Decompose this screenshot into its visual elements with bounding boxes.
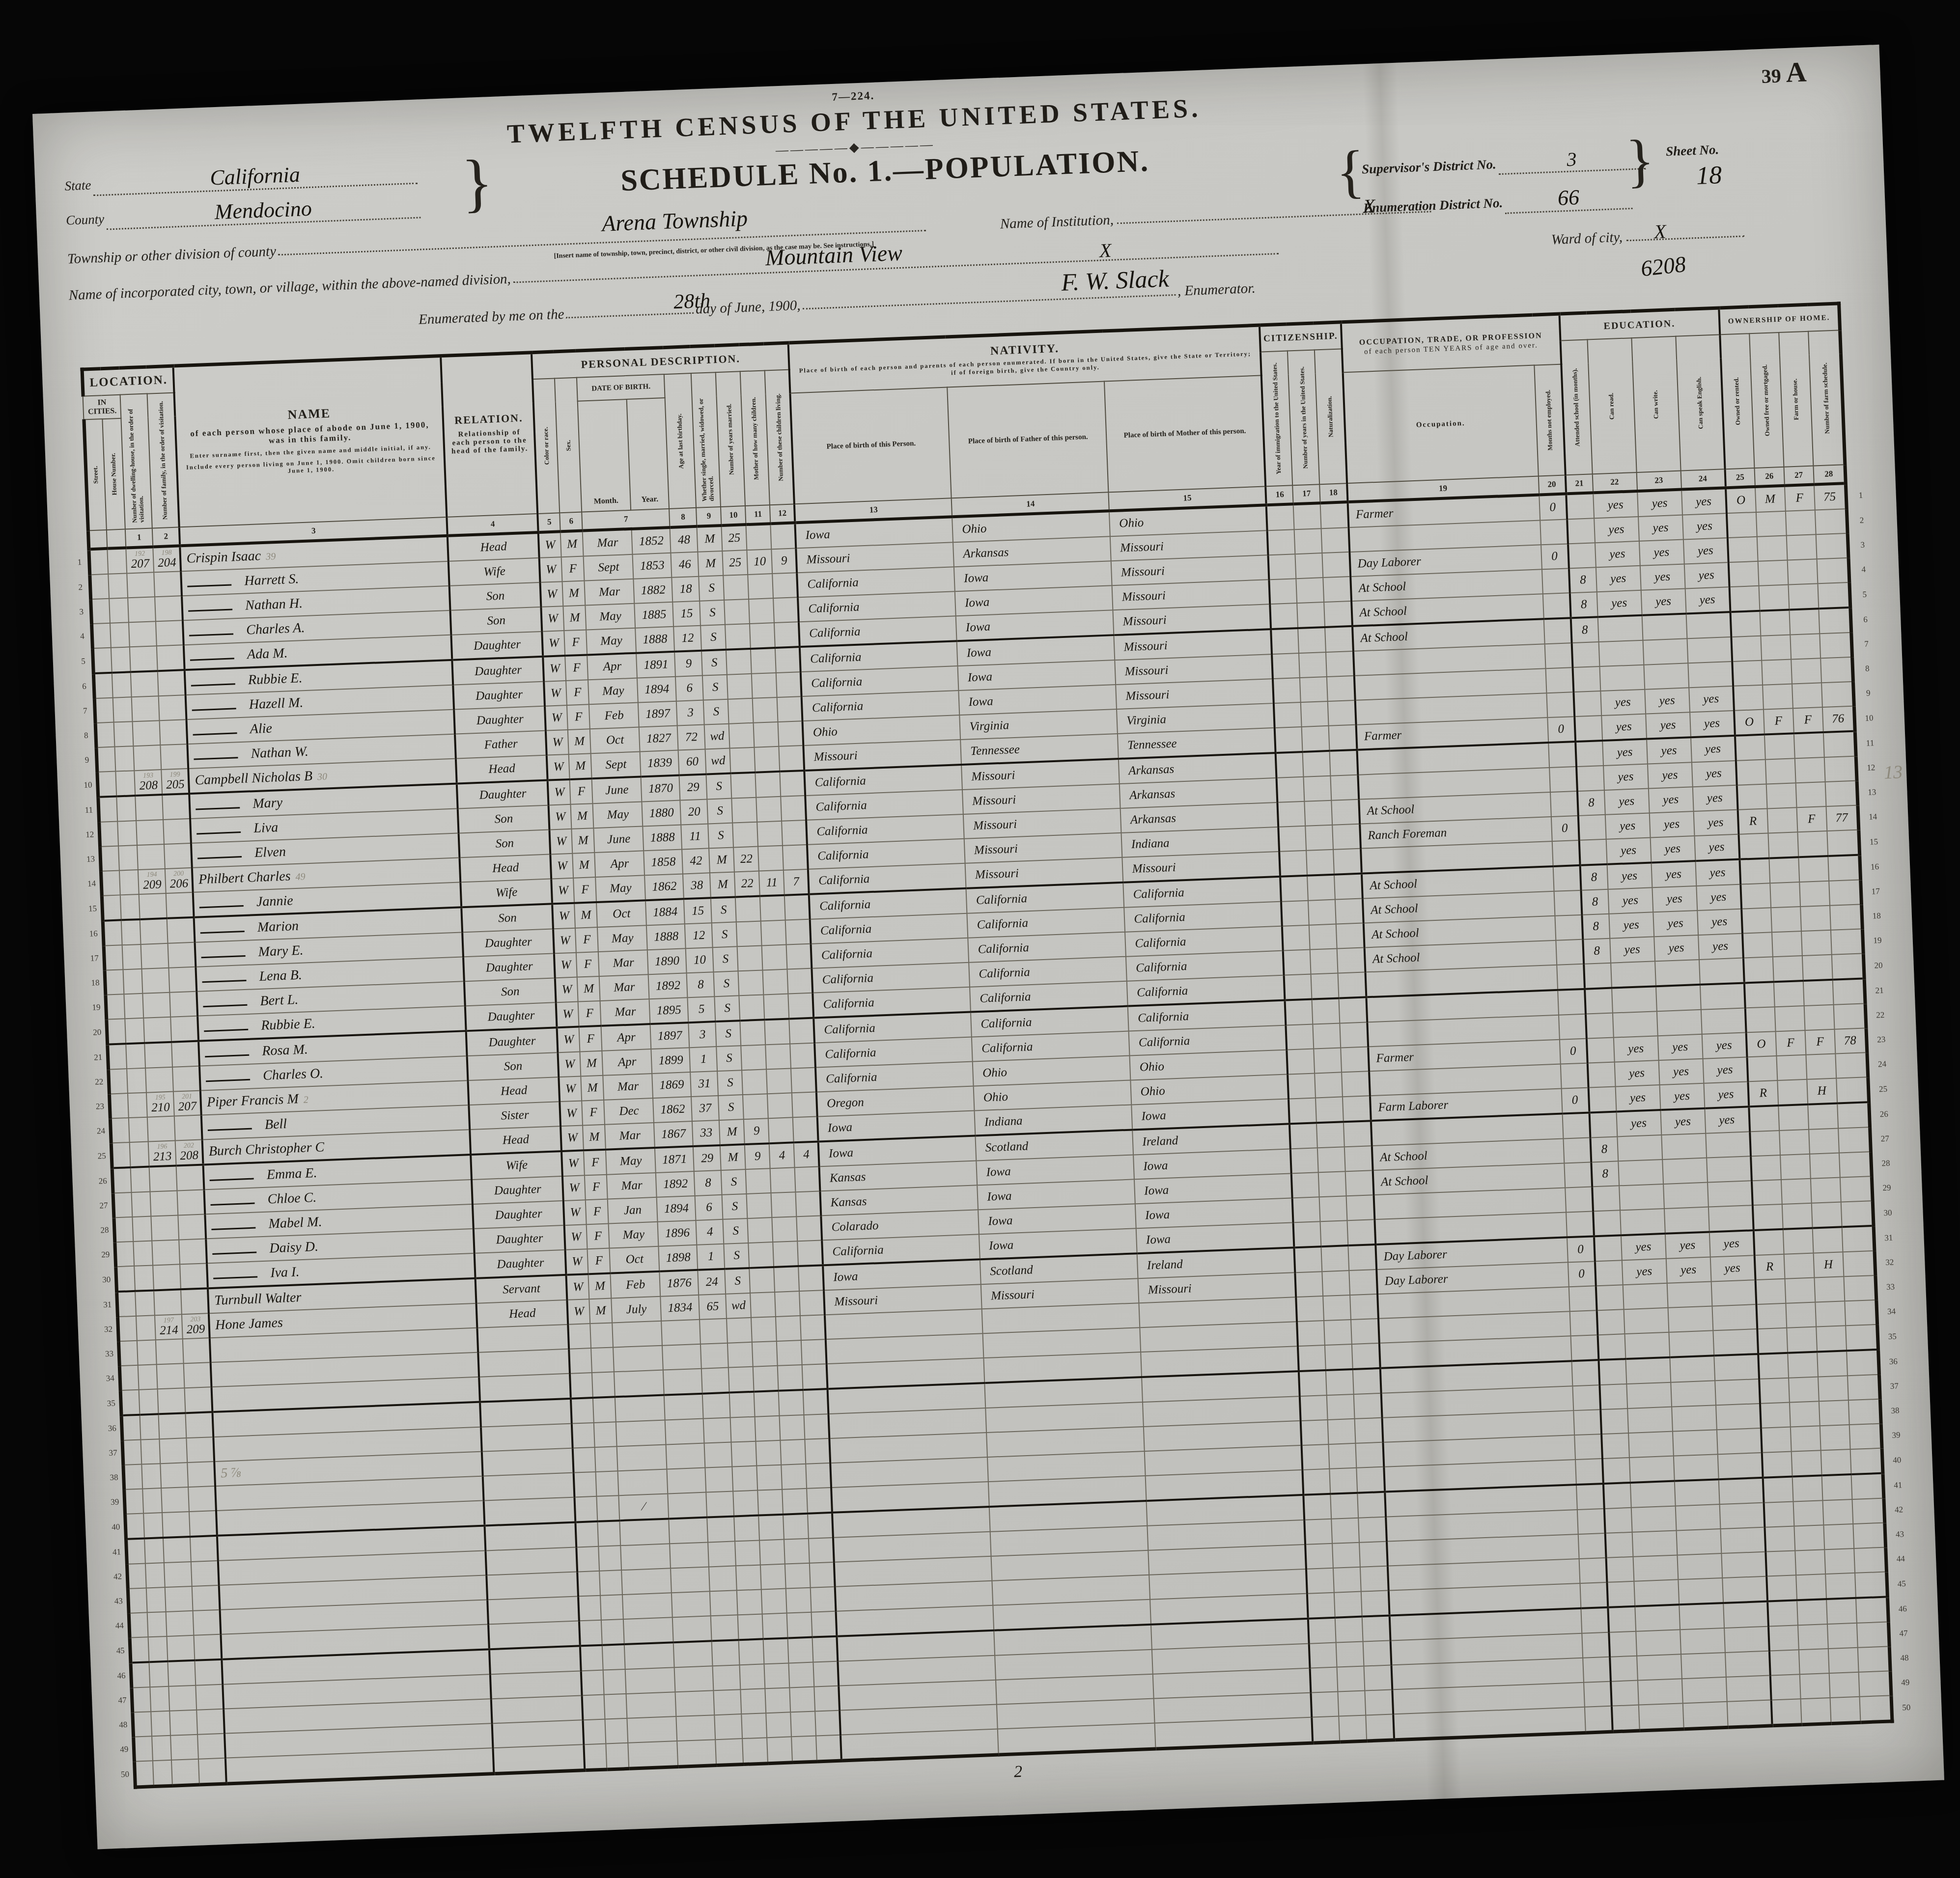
cell-fs (1820, 633, 1852, 658)
cell-fh (1820, 1425, 1850, 1450)
cell-sp (1707, 1156, 1752, 1182)
cell-ma: M (710, 872, 735, 898)
cell-street (132, 1687, 151, 1712)
cell-fh (1821, 1474, 1852, 1500)
date-of-birth-header: DATE OF BIRTH. (577, 374, 665, 401)
cell-fs (1825, 781, 1858, 806)
cell-fm (1770, 882, 1800, 908)
cell-age (703, 1418, 731, 1443)
cell-d (130, 646, 158, 672)
cell-c (575, 1496, 598, 1522)
cell-ma: S (716, 1021, 741, 1047)
cell-fh (1795, 782, 1826, 807)
cell-rd: yes (1621, 1234, 1666, 1260)
cell-sp (1723, 1602, 1768, 1628)
cell-yr: 1897 (650, 1022, 690, 1049)
cell-c: W (564, 1224, 588, 1250)
cell-rd (1620, 1209, 1665, 1235)
cell-fh (1829, 1672, 1859, 1698)
cell-yr: 1827 (639, 726, 678, 752)
cell-fs (1831, 953, 1864, 979)
cell-sp (1686, 612, 1731, 638)
cell-house (140, 1414, 160, 1439)
cell-fh (1799, 881, 1830, 907)
cell-d (141, 943, 169, 969)
cell-fm (1797, 1599, 1827, 1625)
row-number: 30 (1873, 1200, 1901, 1226)
cell-fs: 77 (1826, 805, 1859, 831)
row-number: 2 (72, 575, 91, 600)
cell-fm (1774, 1006, 1805, 1031)
cell-mo: Apr (595, 851, 645, 877)
cell-c (578, 1596, 601, 1621)
cell-ma (736, 1565, 761, 1590)
cell-fs (1819, 608, 1851, 634)
cell-nat (1329, 725, 1357, 751)
row-number: 37 (105, 1440, 123, 1465)
cell-house (122, 944, 142, 969)
cell-s (606, 1743, 629, 1769)
cell-cl (809, 1538, 834, 1563)
cell-ma: M (709, 847, 735, 873)
cell-mc (776, 1316, 801, 1341)
cell-fs: 75 (1814, 483, 1847, 510)
cell-rel: Son (450, 607, 542, 635)
cell-att (1586, 1013, 1614, 1039)
cell-yus (1295, 553, 1323, 579)
cell-fh (1798, 856, 1829, 882)
cell-fh (1819, 1400, 1849, 1426)
cell-mc (767, 1093, 793, 1118)
cell-d (152, 1240, 180, 1265)
cell-house (115, 746, 135, 771)
cell-imm (1303, 1469, 1331, 1495)
cell-att (1606, 1557, 1634, 1582)
cell-yus (1330, 1468, 1358, 1494)
cell-ym (725, 624, 751, 650)
cell-c (569, 1348, 592, 1374)
cell-age: 1 (697, 1244, 725, 1270)
cell-sp (1713, 1329, 1758, 1355)
cell-sp (1718, 1478, 1764, 1504)
cell-mc (752, 673, 777, 698)
years-in-us-header: Number of years in the United States. (1288, 350, 1319, 485)
cell-fm (1760, 610, 1790, 636)
cell-yus (1307, 850, 1335, 876)
cell-mo: May (597, 925, 647, 952)
row-number: 28 (1871, 1151, 1900, 1176)
cell-att (1587, 1062, 1615, 1088)
cell-c: W (565, 1249, 588, 1275)
cell-mo (627, 1716, 677, 1743)
cell-mc (774, 1266, 800, 1292)
cell-s: F (574, 877, 597, 903)
cell-age (715, 1714, 743, 1740)
cell-fm (1769, 857, 1799, 883)
cell-att (1566, 493, 1594, 519)
cell-rel: Daughter (454, 706, 546, 734)
cell-mo: Oct (590, 727, 640, 754)
cell-cl (790, 1043, 816, 1069)
cell-c: W (553, 928, 576, 954)
cell-ym (725, 599, 750, 625)
cell-house (129, 1117, 148, 1142)
row-number: 40 (108, 1514, 126, 1540)
cell-age: 37 (691, 1096, 719, 1121)
cell-nat (1344, 1121, 1372, 1147)
cell-mo (620, 1519, 670, 1546)
cell-own (1744, 982, 1774, 1008)
cell-fm (1798, 1649, 1829, 1674)
cell-mo (613, 1346, 663, 1372)
cell-street (133, 1712, 152, 1737)
cell-sp (1715, 1379, 1760, 1405)
cell-yus (1305, 801, 1333, 826)
cell-imm (1306, 1544, 1334, 1569)
cell-age: 9 (674, 651, 702, 677)
cell-rel: Daughter (475, 1250, 566, 1278)
cell-cl (783, 845, 808, 870)
cell-age (707, 1516, 735, 1542)
cell-d (136, 795, 164, 821)
cell-nat (1366, 1714, 1394, 1741)
cell-own (1761, 1427, 1791, 1453)
row-number: 5 (75, 648, 93, 674)
row-number: 49 (116, 1737, 135, 1762)
cell-wr (1676, 1529, 1721, 1555)
row-number: 47 (1888, 1621, 1917, 1646)
cell-nat (1358, 1492, 1386, 1518)
cell-d (129, 621, 157, 647)
cell-att (1602, 1458, 1630, 1484)
cell-nat (1330, 750, 1358, 776)
cell-d (131, 671, 159, 697)
census-sheet: 7—224. TWELFTH CENSUS OF THE UNITED STAT… (32, 45, 1944, 1850)
cell-rd: yes (1606, 837, 1651, 864)
row-number: 36 (1878, 1349, 1907, 1375)
cell-house (132, 1192, 151, 1217)
cell-age (711, 1615, 739, 1641)
cell-fh (1791, 658, 1821, 684)
cell-age: 48 (670, 526, 698, 553)
cell-rel: Head (456, 755, 548, 784)
cell-f (194, 1634, 222, 1660)
cell-s: F (585, 1175, 608, 1200)
cell-c: W (546, 730, 569, 755)
cell-nat (1334, 874, 1362, 900)
cell-yr: 1895 (649, 997, 689, 1024)
cell-age: 33 (692, 1120, 720, 1146)
cell-fs (1818, 582, 1850, 608)
cell-rd: yes (1608, 887, 1653, 913)
cell-fh (1794, 757, 1825, 783)
cell-yr (670, 1542, 709, 1568)
cell-yr: 1897 (638, 701, 677, 727)
cell-att (1592, 1186, 1620, 1211)
row-number: 45 (1887, 1571, 1915, 1597)
cell-own (1735, 735, 1765, 761)
cell-ym (767, 1737, 793, 1763)
cell-s: M (571, 803, 594, 829)
cell-mo (625, 1667, 675, 1694)
cell-street (119, 1365, 139, 1390)
cell-own (1759, 1378, 1790, 1404)
cell-fh (1808, 1104, 1838, 1130)
cell-own (1750, 1131, 1780, 1156)
cell-yus (1325, 1344, 1353, 1370)
cell-yr (667, 1468, 706, 1494)
cell-age: 3 (676, 700, 704, 726)
cell-ym (759, 1515, 784, 1541)
cell-sp: yes (1694, 834, 1739, 861)
cell-street (94, 698, 114, 723)
cell-s: M (583, 1125, 606, 1151)
cell-yus (1336, 1642, 1364, 1667)
cell-mc (771, 1192, 797, 1217)
cell-att: 8 (1569, 592, 1597, 618)
cell-age (702, 1393, 730, 1419)
cell-yus (1327, 1394, 1355, 1420)
cell-f (155, 596, 183, 621)
cell-fm (1757, 536, 1787, 561)
cell-fh (1822, 1499, 1853, 1525)
cell-own (1770, 1674, 1800, 1700)
cell-street (120, 1390, 140, 1415)
cell-d (134, 745, 162, 771)
row-number: 25 (93, 1143, 112, 1168)
cell-att: 8 (1583, 939, 1611, 964)
cell-sp (1727, 1700, 1772, 1727)
cell-s: F (587, 1224, 610, 1249)
cell-mo: May (606, 1148, 656, 1175)
row-number: 14 (1858, 804, 1886, 829)
cell-rd: yes (1622, 1259, 1667, 1285)
cell-mc (756, 772, 781, 798)
cell-imm (1297, 1321, 1325, 1346)
cell-rel: Head (448, 532, 539, 561)
cell-nat (1354, 1393, 1382, 1419)
cell-imm (1287, 1049, 1315, 1074)
cell-fm: M (1755, 486, 1785, 512)
cell-fh (1814, 1276, 1845, 1302)
cell-nat (1331, 775, 1359, 801)
ownership-header: OWNERSHIP OF HOME. (1719, 304, 1840, 335)
cell-mc (778, 1365, 803, 1391)
cell-ma: wd (705, 748, 731, 774)
cell-age (710, 1590, 738, 1616)
cell-age: 65 (699, 1294, 727, 1320)
cell-nat (1341, 1047, 1369, 1072)
cell-fs (1829, 880, 1862, 905)
cell-c: W (555, 977, 578, 1003)
cell-imm (1311, 1692, 1339, 1717)
cell-rel (487, 1572, 579, 1600)
cell-own (1726, 512, 1757, 538)
cell-ym: 22 (734, 871, 760, 897)
cell-mo (614, 1370, 664, 1397)
cell-cl (781, 796, 807, 821)
cell-wr: yes (1641, 588, 1686, 615)
cell-rd: yes (1605, 813, 1650, 839)
cell-fs (1856, 1622, 1889, 1647)
cell-yus (1314, 1048, 1342, 1073)
cell-imm (1284, 974, 1312, 1000)
row-number: 14 (83, 871, 102, 896)
cell-mc (754, 722, 779, 747)
cell-own (1766, 1575, 1797, 1601)
cell-mo: Oct (610, 1246, 660, 1273)
cell-mc (746, 524, 772, 550)
cell-f (167, 917, 195, 943)
cell-sp (1721, 1552, 1766, 1578)
cell-cl (778, 721, 804, 746)
cell-sp: yes (1683, 538, 1728, 564)
cell-own (1739, 858, 1770, 884)
sheet-label: Sheet No. (1666, 142, 1719, 159)
cell-f (186, 1412, 214, 1438)
cell-f (172, 1066, 200, 1092)
cell-att (1588, 1087, 1616, 1113)
cell-mo (618, 1469, 668, 1495)
cell-yus (1338, 1690, 1366, 1716)
row-number: 35 (103, 1390, 121, 1416)
state-value: California (210, 163, 301, 190)
cell-street (130, 1637, 149, 1662)
cell-mc (768, 1117, 794, 1143)
cell-yr (665, 1419, 704, 1445)
cell-cl (775, 647, 801, 673)
cell-mne (1578, 1533, 1606, 1559)
cell-s: F (586, 1199, 609, 1225)
cell-fs (1837, 1102, 1870, 1128)
cell-imm (1306, 1568, 1334, 1594)
cell-ym (759, 1540, 785, 1565)
row-number: 32 (1875, 1250, 1903, 1275)
cell-yus (1320, 1220, 1348, 1246)
cell-fs (1828, 855, 1861, 881)
cell-att: 8 (1582, 914, 1610, 939)
cell-ym (746, 1168, 771, 1194)
cell-yr (664, 1394, 703, 1420)
cell-yr (668, 1492, 707, 1519)
cell-s: F (588, 1248, 611, 1274)
cell-fm (1767, 807, 1797, 833)
cell-house (153, 1760, 172, 1787)
cell-cl (816, 1735, 841, 1762)
cell-mo (621, 1544, 671, 1570)
cell-age: 38 (683, 873, 711, 899)
cell-nat (1363, 1640, 1391, 1666)
cell-rel: Daughter (463, 953, 555, 981)
cell-f (190, 1536, 218, 1562)
cell-ma: S (713, 946, 738, 972)
cell-mc (783, 1514, 809, 1540)
cell-age (700, 1319, 728, 1344)
cell-s: M (568, 729, 591, 754)
cell-ma: S (700, 625, 726, 651)
cell-att (1579, 839, 1607, 865)
cell-wr: yes (1647, 737, 1692, 764)
cell-c: W (538, 531, 561, 558)
cell-rel (478, 1349, 570, 1377)
cell-ym (762, 1613, 788, 1639)
cell-sp (1701, 1008, 1746, 1034)
cell-own (1747, 1056, 1777, 1081)
cell-mo: ⁄ (619, 1493, 669, 1520)
cell-rd: yes (1603, 764, 1649, 790)
cell-imm (1275, 727, 1303, 753)
cell-fh (1789, 608, 1820, 635)
cell-yus (1302, 726, 1330, 752)
cell-fm (1764, 733, 1794, 759)
cell-mo (628, 1741, 678, 1768)
cell-imm (1271, 628, 1299, 654)
cell-rd: yes (1596, 590, 1642, 617)
cell-c: W (560, 1101, 583, 1126)
row-number: 41 (108, 1539, 127, 1565)
cell-fm (1789, 1377, 1819, 1402)
cell-rel: Head (470, 1126, 562, 1155)
cell-d (170, 1735, 198, 1760)
cell-nat (1338, 972, 1366, 998)
cell-yus (1299, 652, 1327, 678)
cell-s: F (565, 655, 588, 681)
cell-rel: Son (449, 582, 541, 610)
cell-att (1597, 1334, 1625, 1360)
cell-att (1584, 963, 1612, 989)
cell-wr: yes (1638, 515, 1683, 541)
cell-mne (1571, 1360, 1599, 1386)
cell-mo (613, 1321, 663, 1348)
cell-c: W (545, 705, 568, 731)
cell-d (160, 1438, 188, 1464)
farm-or-house-header: Farm or house. (1779, 331, 1813, 467)
cell-rd (1612, 986, 1657, 1013)
cell-att (1573, 691, 1601, 717)
row-number: 24 (92, 1119, 111, 1144)
cell-street (112, 1167, 132, 1193)
cell-house (117, 796, 137, 821)
cell-cl: 4 (794, 1141, 819, 1167)
cell-mne: 0 (1551, 816, 1579, 841)
cell-imm (1291, 1172, 1319, 1198)
cell-c: W (550, 829, 573, 855)
cell-c (579, 1620, 602, 1646)
cell-sp (1708, 1205, 1753, 1232)
cell-own (1729, 586, 1760, 612)
cell-yr: 1834 (661, 1295, 700, 1321)
cell-sp (1700, 983, 1745, 1010)
cell-cl (802, 1364, 828, 1390)
cell-fh (1785, 510, 1816, 535)
cell-yr (677, 1740, 717, 1767)
row-number: 18 (87, 970, 106, 995)
cell-mne: 0 (1561, 1088, 1589, 1114)
stray-mark: 2 (1013, 1763, 1022, 1782)
cell-imm (1294, 1246, 1322, 1272)
cell-sp: yes (1703, 1057, 1748, 1083)
cell-wr (1663, 1183, 1708, 1209)
cell-d (168, 1660, 196, 1686)
cell-mc (782, 1464, 807, 1490)
cell-ym (740, 1020, 766, 1046)
cell-ma: S (718, 1070, 743, 1096)
row-number: 34 (102, 1366, 120, 1391)
row-number: 48 (1889, 1645, 1918, 1671)
cell-nat (1360, 1542, 1388, 1567)
cell-fh (1800, 906, 1831, 931)
row-number: 15 (1859, 829, 1887, 855)
